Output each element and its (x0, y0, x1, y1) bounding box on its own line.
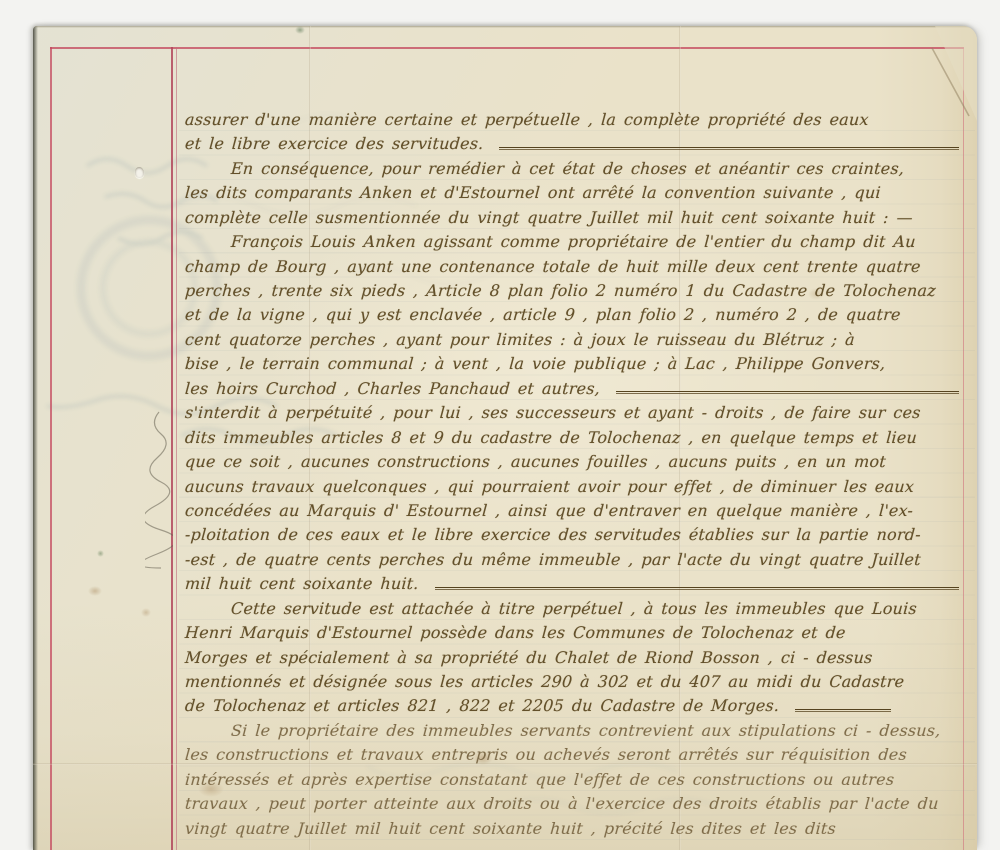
manuscript-line-text: complète celle susmentionnée du vingt qu… (184, 206, 913, 230)
manuscript-line: bise , le terrain communal ; à vent , la… (185, 352, 963, 376)
manuscript-line: les constructions et travaux entrepris o… (185, 743, 963, 767)
manuscript-line: François Louis Anken agissant comme prop… (185, 230, 963, 254)
manuscript-line-text: -est , de quatre cents perches du même i… (184, 548, 922, 572)
scanned-document-page: assurer d'une manière certaine et perpét… (0, 0, 1000, 850)
manuscript-line-text: Morges et spécialement à sa propriété du… (184, 646, 873, 670)
manuscript-line: perches , trente six pieds , Article 8 p… (185, 279, 963, 303)
paper-stain (88, 586, 102, 596)
manuscript-line-text: perches , trente six pieds , Article 8 p… (184, 279, 937, 303)
manuscript-line-text: dits immeubles articles 8 et 9 du cadast… (184, 426, 918, 450)
red-margin-line (176, 47, 177, 850)
manuscript-line-text: les hoirs Curchod , Charles Panchaud et … (184, 377, 601, 401)
paper-hole (135, 167, 144, 178)
manuscript-line-text: aucuns travaux quelconques , qui pourrai… (184, 475, 915, 499)
manuscript-line: champ de Bourg , ayant une contenance to… (185, 255, 963, 279)
manuscript-line: de Tolochenaz et articles 821 , 822 et 2… (185, 695, 963, 719)
manuscript-line-text: bise , le terrain communal ; à vent , la… (184, 352, 886, 376)
ink-filler-rule (616, 391, 959, 394)
manuscript-line-text: s'interdit à perpétuité , pour lui , ses… (184, 401, 921, 425)
manuscript-line-text: les constructions et travaux entrepris o… (184, 743, 908, 767)
manuscript-line: Henri Marquis d'Estournel possède dans l… (185, 621, 963, 645)
ink-filler-rule (499, 147, 959, 150)
red-rule-top (50, 47, 964, 49)
manuscript-paper-sheet: assurer d'une manière certaine et perpét… (33, 26, 977, 850)
manuscript-line-text: assurer d'une manière certaine et perpét… (184, 108, 869, 132)
manuscript-line-text: les dits comparants Anken et d'Estournel… (184, 181, 881, 205)
manuscript-line-text: François Louis Anken agissant comme prop… (184, 230, 916, 254)
manuscript-line: les hoirs Curchod , Charles Panchaud et … (185, 377, 963, 401)
manuscript-line-text: cent quatorze perches , ayant pour limit… (184, 328, 856, 352)
manuscript-line: et le libre exercice des servitudes. (185, 132, 963, 156)
red-margin-line (171, 47, 173, 850)
manuscript-text-column: assurer d'une manière certaine et perpét… (185, 108, 963, 850)
manuscript-line: -ploitation de ces eaux et le libre exer… (185, 523, 963, 547)
manuscript-line: En conséquence, pour remédier à cet état… (185, 157, 963, 181)
manuscript-line-text: Henri Marquis d'Estournel possède dans l… (184, 621, 846, 645)
manuscript-line: assurer d'une manière certaine et perpét… (185, 108, 963, 132)
paper-top-edge (33, 26, 977, 28)
manuscript-line-text: et de la vigne , qui y est enclavée , ar… (184, 303, 901, 327)
manuscript-line-text: concédées au Marquis d' Estournel , ains… (184, 499, 914, 523)
manuscript-line-text: intéressés et après expertise constatant… (184, 768, 895, 792)
manuscript-line: aucuns travaux quelconques , qui pourrai… (185, 475, 963, 499)
manuscript-line-text: Cette servitude est attachée à titre per… (184, 597, 918, 621)
margin-squiggle-mark (145, 410, 173, 570)
manuscript-line: Si le propriétaire des immeubles servant… (185, 719, 963, 743)
manuscript-line: dits immeubles articles 8 et 9 du cadast… (185, 426, 963, 450)
red-rule-left (50, 47, 52, 850)
manuscript-line-text: et le libre exercice des servitudes. (184, 132, 484, 156)
manuscript-line-text: mentionnés et désignée sous les articles… (184, 670, 905, 694)
paper-stain (97, 550, 104, 557)
manuscript-line-text: champ de Bourg , ayant une contenance to… (184, 255, 921, 279)
paper-stain (141, 608, 151, 617)
manuscript-line-text: mil huit cent soixante huit. (184, 572, 419, 596)
manuscript-line-text: En conséquence, pour remédier à cet état… (184, 157, 905, 181)
manuscript-line-text: de Tolochenaz et articles 821 , 822 et 2… (184, 694, 780, 718)
manuscript-line: vingt quatre Juillet mil huit cent soixa… (185, 817, 963, 841)
manuscript-line: que ce soit , aucunes constructions , au… (185, 450, 963, 474)
manuscript-line: Morges et spécialement à sa propriété du… (185, 646, 963, 670)
manuscript-line: Cette servitude est attachée à titre per… (185, 597, 963, 621)
manuscript-line: travaux , peut porter atteinte aux droit… (185, 792, 963, 816)
manuscript-line: mil huit cent soixante huit. (185, 572, 963, 596)
manuscript-line: mentionnés et désignée sous les articles… (185, 670, 963, 694)
manuscript-line-text: -ploitation de ces eaux et le libre exer… (184, 523, 922, 547)
manuscript-line: concédées au Marquis d' Estournel , ains… (185, 499, 963, 523)
manuscript-line: et de la vigne , qui y est enclavée , ar… (185, 304, 963, 328)
manuscript-line-text: Si le propriétaire des immeubles servant… (184, 719, 941, 743)
paper-left-edge (33, 26, 38, 850)
manuscript-line-text: vingt quatre Juillet mil huit cent soixa… (184, 817, 837, 841)
manuscript-line: les dits comparants Anken et d'Estournel… (185, 181, 963, 205)
manuscript-line: -est , de quatre cents perches du même i… (185, 548, 963, 572)
manuscript-line: complète celle susmentionnée du vingt qu… (185, 206, 963, 230)
manuscript-line: s'interdit à perpétuité , pour lui , ses… (185, 401, 963, 425)
manuscript-line: cent quatorze perches , ayant pour limit… (185, 328, 963, 352)
ink-filler-rule (435, 587, 959, 590)
manuscript-line-text: travaux , peut porter atteinte aux droit… (184, 792, 939, 816)
manuscript-line: intéressés et après expertise constatant… (185, 768, 963, 792)
manuscript-line-text: que ce soit , aucunes constructions , au… (184, 450, 887, 474)
ink-filler-rule (795, 709, 891, 712)
